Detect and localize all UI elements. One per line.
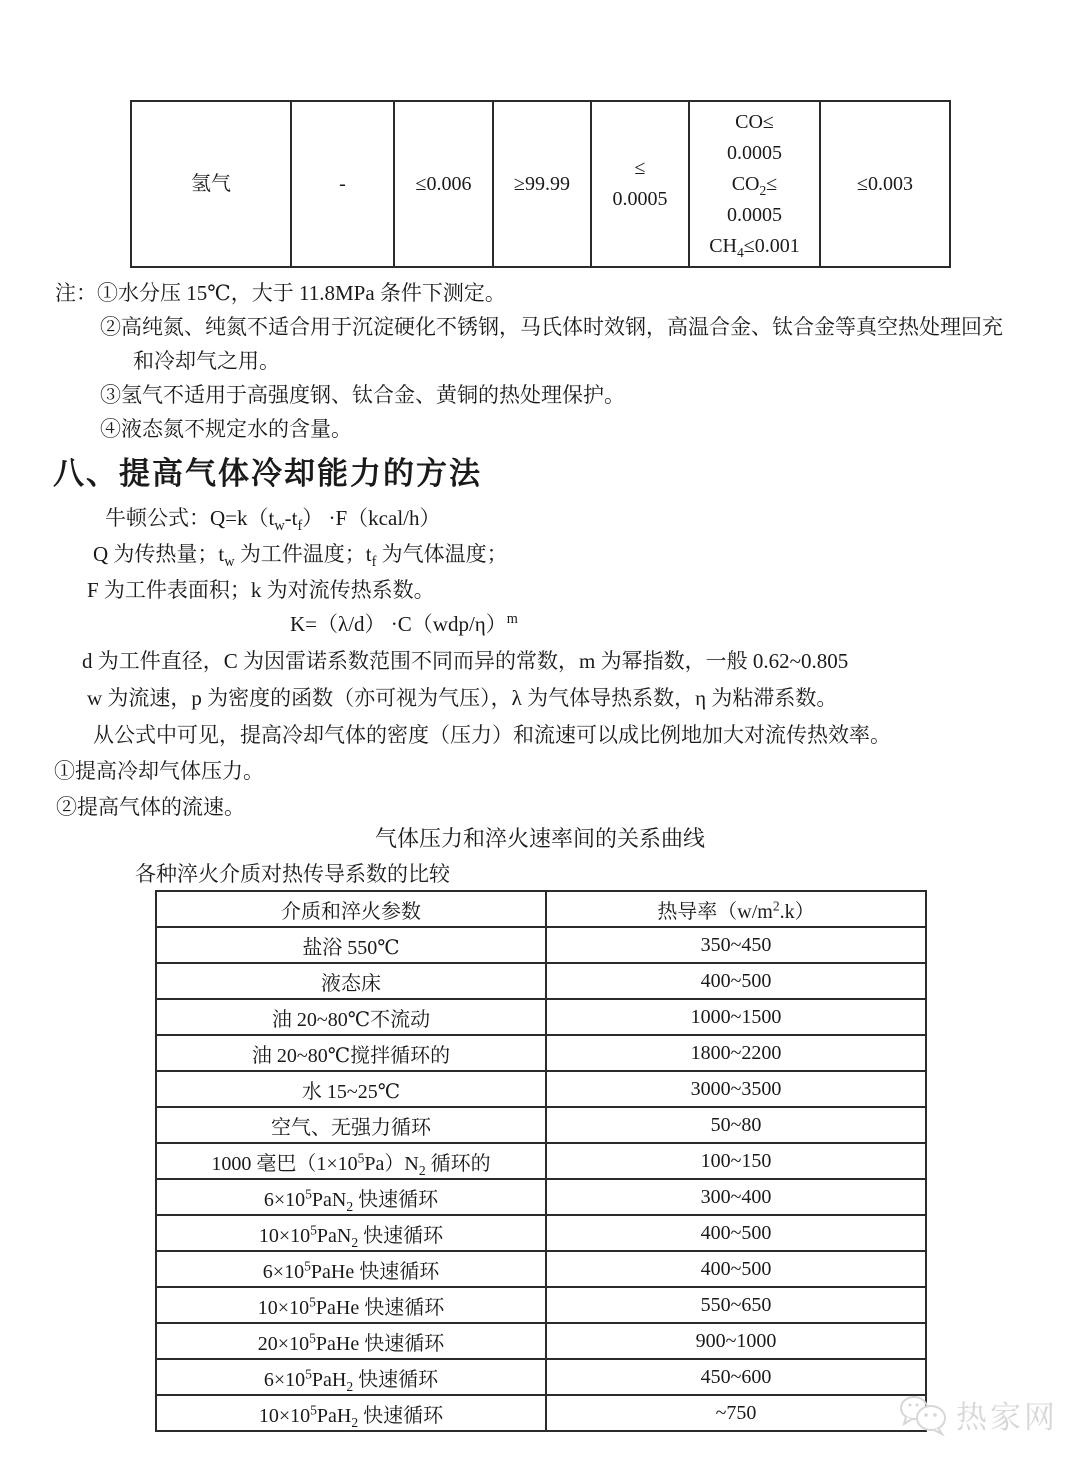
table-row: 10×105PaHe 快速循环550~650 (156, 1287, 926, 1323)
table-row: 6×105PaHe 快速循环400~500 (156, 1251, 926, 1287)
table-cell: 20×105PaHe 快速循环 (156, 1323, 546, 1359)
table-cell: 300~400 (546, 1179, 926, 1215)
gas-name-cell: 氢气 (131, 101, 291, 267)
table-cell: ≤0.003 (820, 101, 950, 267)
table-cell: 1000 毫巴（1×105Pa）N2 循环的 (156, 1143, 546, 1179)
q-definition-line: Q 为传热量；tw 为工件温度；tf 为气体温度； (93, 538, 508, 568)
table-cell: 油 20~80℃不流动 (156, 999, 546, 1035)
table-cell: CO≤0.0005CO2≤0.0005CH4≤0.001 (689, 101, 820, 267)
watermark-text: 热家网 (956, 1392, 1058, 1437)
table-header-row: 介质和淬火参数 热导率（w/m2.k） (156, 891, 926, 927)
table-cell: 盐浴 550℃ (156, 927, 546, 963)
table-cell: 100~150 (546, 1143, 926, 1179)
quench-table-body: 盐浴 550℃350~450液态床400~500油 20~80℃不流动1000~… (156, 927, 926, 1431)
table-cell: 400~500 (546, 963, 926, 999)
table-row: 6×105PaH2 快速循环450~600 (156, 1359, 926, 1395)
table-cell: 10×105PaH2 快速循环 (156, 1395, 546, 1431)
table-row: 10×105PaH2 快速循环~750 (156, 1395, 926, 1431)
table-cell: - (291, 101, 394, 267)
table-cell: 1000~1500 (546, 999, 926, 1035)
table-row: 油 20~80℃不流动1000~1500 (156, 999, 926, 1035)
watermark: 热家网 (898, 1390, 1058, 1438)
table-cell: 3000~3500 (546, 1071, 926, 1107)
table-caption: 各种淬火介质对热传导系数的比较 (135, 858, 450, 888)
table-cell: 1800~2200 (546, 1035, 926, 1071)
table-cell: 350~450 (546, 927, 926, 963)
k-formula-line: K=（λ/d） ·C（wdp/η）m (290, 608, 518, 638)
f-definition-line: F 为工件表面积；k 为对流传热系数。 (87, 574, 435, 604)
document-page: 氢气 - ≤0.006 ≥99.99 ≤0.0005 CO≤0.0005CO2≤… (0, 0, 1080, 1466)
table-cell: 6×105PaN2 快速循环 (156, 1179, 546, 1215)
table-cell: 450~600 (546, 1359, 926, 1395)
wechat-icon (898, 1390, 950, 1438)
method-1-line: ①提高冷却气体压力。 (54, 755, 264, 785)
w-definition-line: w 为流速，p 为密度的函数（亦可视为气压），λ 为气体导热系数，η 为粘滞系数… (87, 682, 837, 712)
table-cell: 10×105PaN2 快速循环 (156, 1215, 546, 1251)
d-definition-line: d 为工件直径，C 为因雷诺系数范围不同而异的常数，m 为幂指数，一般 0.62… (82, 645, 848, 675)
table-row: 液态床400~500 (156, 963, 926, 999)
table-cell: 50~80 (546, 1107, 926, 1143)
note-line: ②高纯氮、纯氮不适合用于沉淀硬化不锈钢，马氏体时效钢，高温合金、钛合金等真空热处… (55, 310, 1045, 344)
table-row: 油 20~80℃搅拌循环的1800~2200 (156, 1035, 926, 1071)
table-row: 1000 毫巴（1×105Pa）N2 循环的100~150 (156, 1143, 926, 1179)
table-cell: 10×105PaHe 快速循环 (156, 1287, 546, 1323)
section-heading: 八、提高气体冷却能力的方法 (53, 448, 482, 493)
table-cell: ≤0.0005 (591, 101, 689, 267)
table-row: 盐浴 550℃350~450 (156, 927, 926, 963)
note-line: ④液态氮不规定水的含量。 (55, 412, 1045, 446)
table-cell: ≤0.006 (394, 101, 493, 267)
table-cell: 液态床 (156, 963, 546, 999)
table-row: 空气、无强力循环50~80 (156, 1107, 926, 1143)
quench-media-table: 介质和淬火参数 热导率（w/m2.k） 盐浴 550℃350~450液态床400… (155, 890, 927, 1432)
table-row: 20×105PaHe 快速循环900~1000 (156, 1323, 926, 1359)
table-cell: 空气、无强力循环 (156, 1107, 546, 1143)
table-cell: ~750 (546, 1395, 926, 1431)
table-cell: 6×105PaH2 快速循环 (156, 1359, 546, 1395)
table-cell: 6×105PaHe 快速循环 (156, 1251, 546, 1287)
table-cell: 400~500 (546, 1251, 926, 1287)
chart-title: 气体压力和淬火速率间的关系曲线 (0, 822, 1080, 853)
table-cell: 水 15~25℃ (156, 1071, 546, 1107)
note-line: ③氢气不适用于高强度钢、钛合金、黄铜的热处理保护。 (55, 378, 1045, 412)
table-cell: 400~500 (546, 1215, 926, 1251)
column-header-conductivity: 热导率（w/m2.k） (546, 891, 926, 927)
table-cell: ≥99.99 (493, 101, 591, 267)
table-cell: 900~1000 (546, 1323, 926, 1359)
conclusion-line: 从公式中可见，提高冷却气体的密度（压力）和流速可以成比例地加大对流传热效率。 (93, 719, 891, 749)
note-line: 和冷却气之用。 (55, 344, 1045, 378)
method-2-line: ②提高气体的流速。 (56, 791, 245, 821)
table-row: 水 15~25℃3000~3500 (156, 1071, 926, 1107)
table-cell: 550~650 (546, 1287, 926, 1323)
notes-block: 注：①水分压 15℃，大于 11.8MPa 条件下测定。②高纯氮、纯氮不适合用于… (55, 276, 1045, 446)
table-row: 6×105PaN2 快速循环300~400 (156, 1179, 926, 1215)
table-row: 10×105PaN2 快速循环400~500 (156, 1215, 926, 1251)
newton-formula-line: 牛顿公式：Q=k（tw-tf） ·F（kcal/h） (105, 502, 440, 532)
table-row: 氢气 - ≤0.006 ≥99.99 ≤0.0005 CO≤0.0005CO2≤… (131, 101, 950, 267)
gas-purity-table: 氢气 - ≤0.006 ≥99.99 ≤0.0005 CO≤0.0005CO2≤… (130, 100, 951, 268)
column-header-medium: 介质和淬火参数 (156, 891, 546, 927)
table-cell: 油 20~80℃搅拌循环的 (156, 1035, 546, 1071)
note-line: 注：①水分压 15℃，大于 11.8MPa 条件下测定。 (55, 276, 1045, 310)
